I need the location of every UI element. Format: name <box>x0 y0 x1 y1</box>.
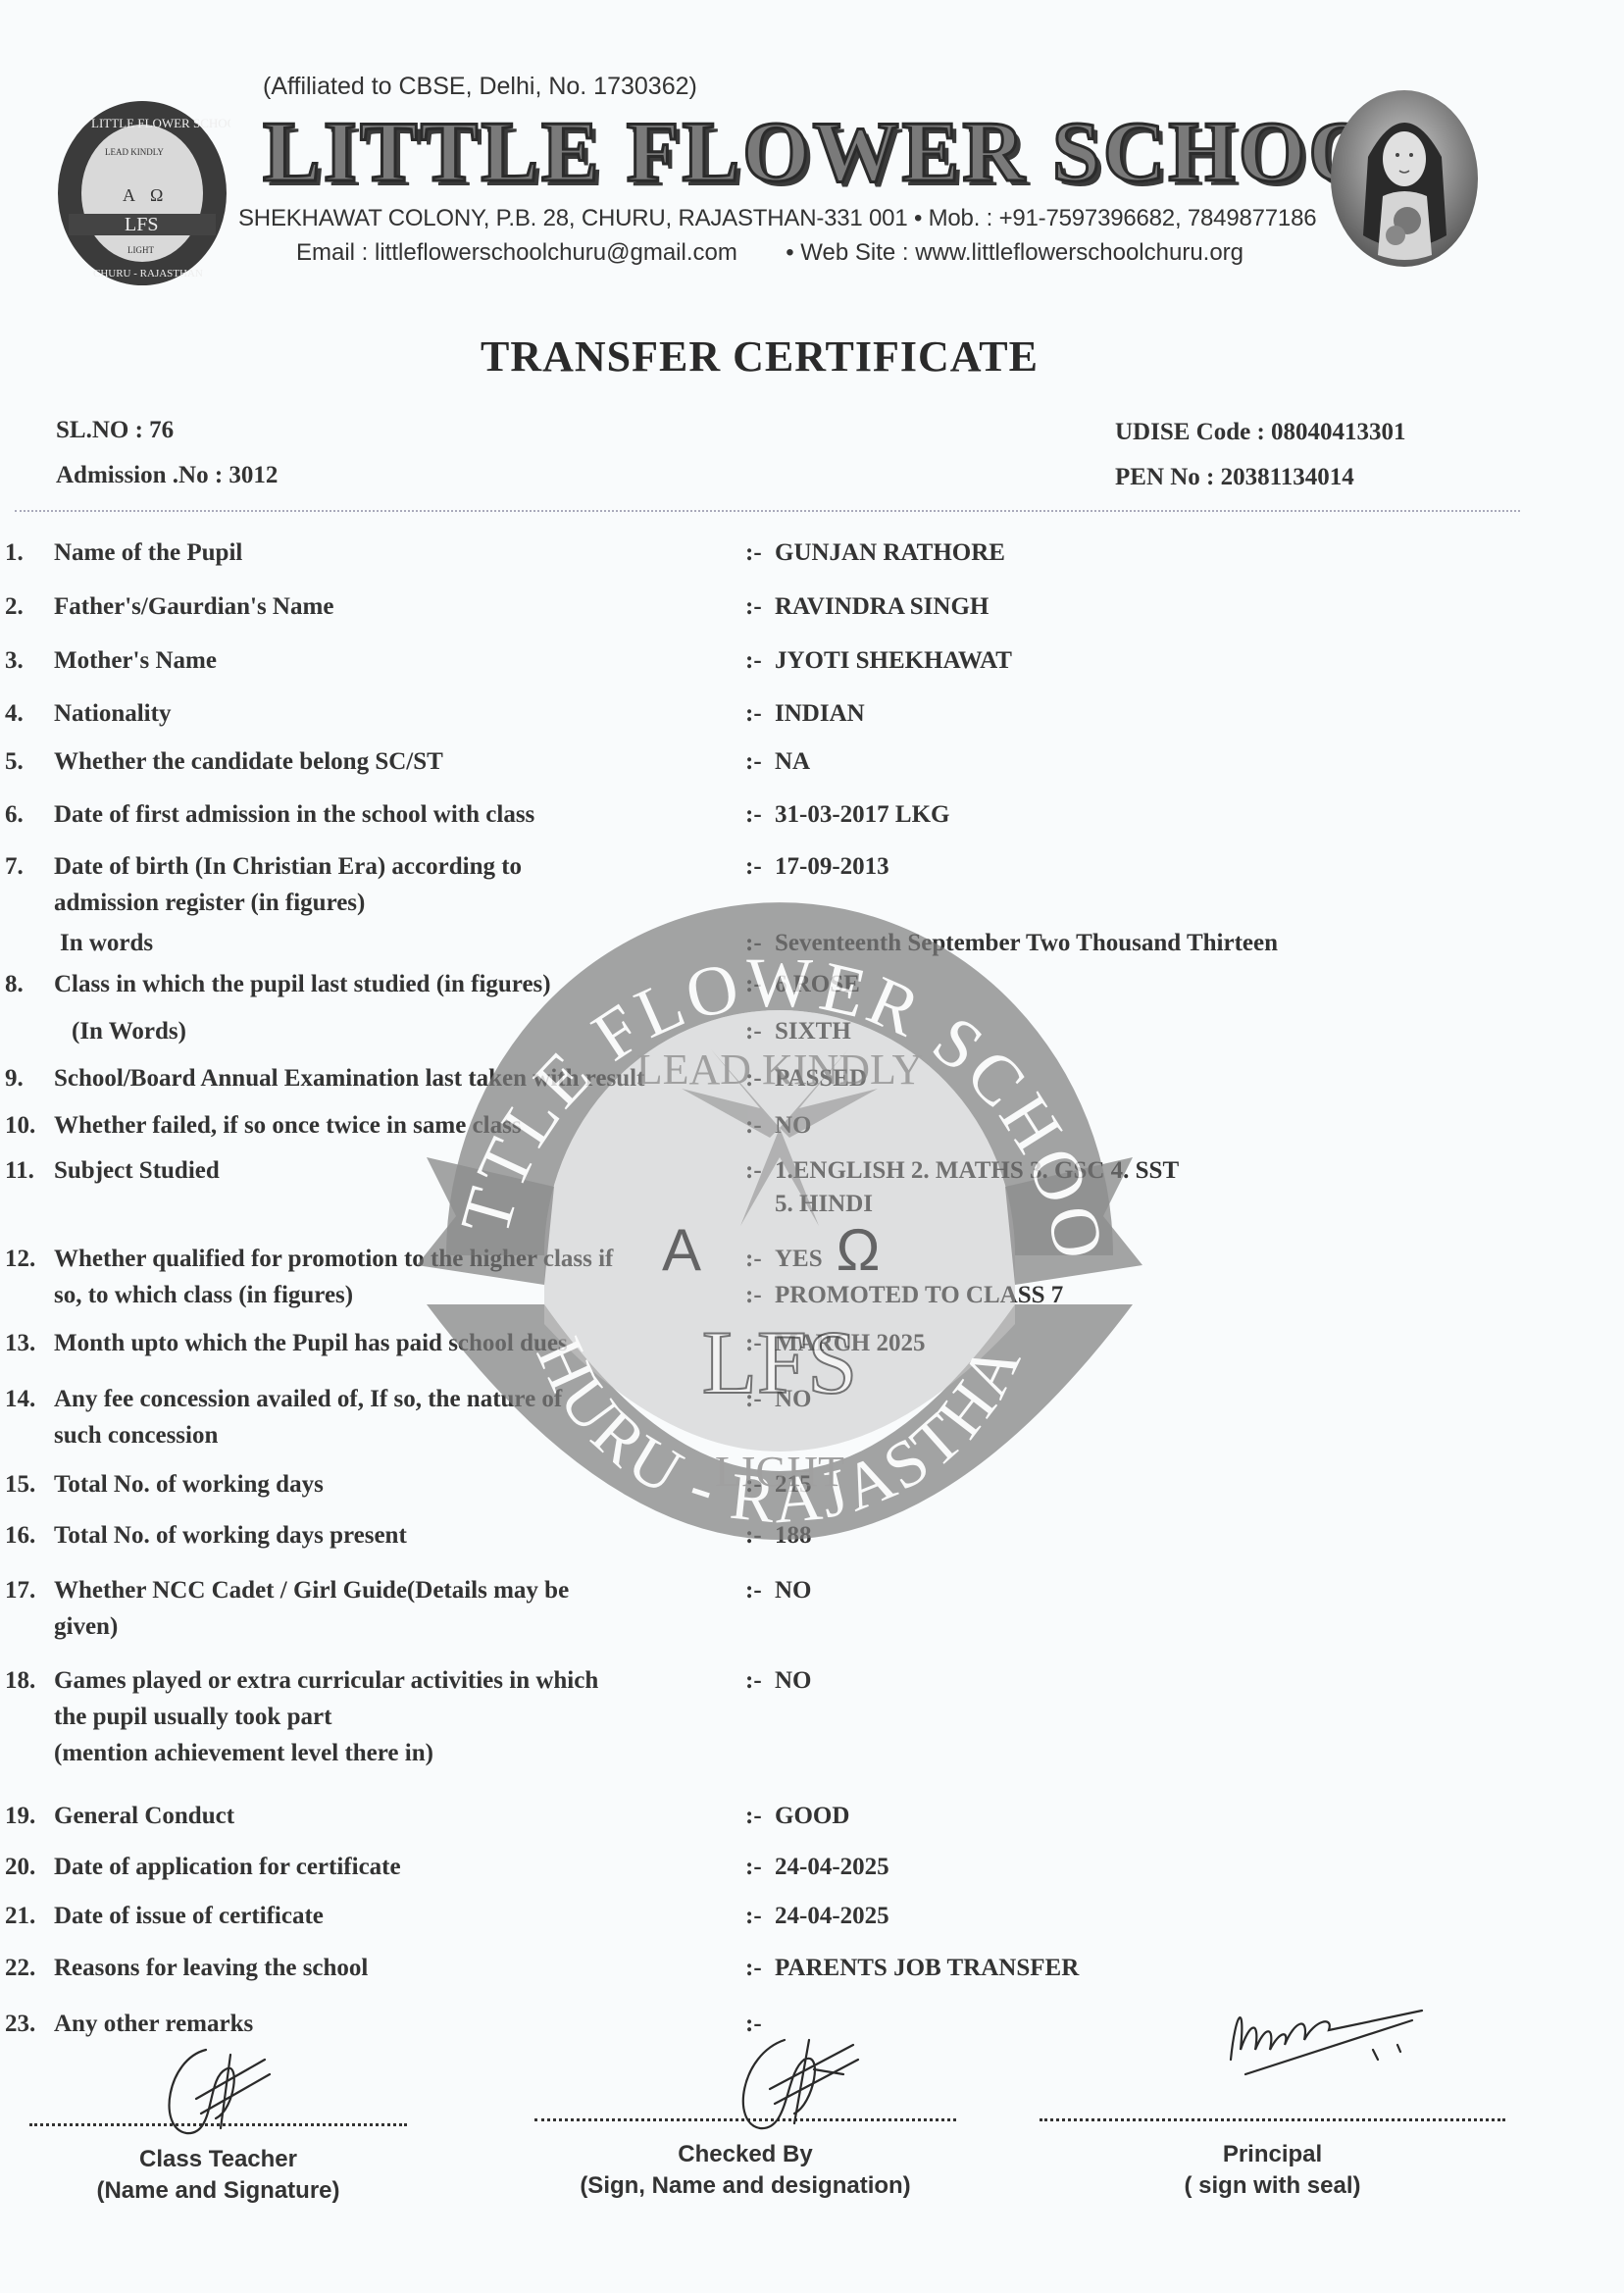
field-separator: :- <box>745 1803 762 1830</box>
field-number: 2. <box>5 593 24 621</box>
field-separator: :- <box>745 1246 762 1273</box>
field-number: 15. <box>5 1471 35 1499</box>
field-number: 7. <box>5 853 24 881</box>
field-label: General Conduct <box>54 1803 234 1830</box>
field-separator: :- <box>745 1577 762 1605</box>
field-label: Date of birth (In Christian Era) accordi… <box>54 853 522 881</box>
field-value: 31-03-2017 LKG <box>775 801 949 829</box>
affiliation-text: (Affiliated to CBSE, Delhi, No. 1730362) <box>263 73 697 101</box>
field-label: Any other remarks <box>54 2011 253 2038</box>
signature-title: Principal <box>1040 2141 1505 2168</box>
field-number: 5. <box>5 748 24 776</box>
svg-text:CHURU - RAJASTHAN: CHURU - RAJASTHAN <box>93 268 203 280</box>
field-separator: :- <box>745 1330 762 1357</box>
field-number: 4. <box>5 700 24 728</box>
field-number: 17. <box>5 1577 35 1605</box>
field-label: Total No. of working days present <box>54 1522 407 1550</box>
field-separator: :- <box>745 1522 762 1550</box>
field-label: (In Words) <box>72 1018 186 1045</box>
field-separator: :- <box>745 1903 762 1930</box>
field-label: Father's/Gaurdian's Name <box>54 593 333 621</box>
field-number: 20. <box>5 1854 35 1881</box>
field-value: 1.ENGLISH 2. MATHS 3. GSC 4. SST <box>775 1157 1179 1185</box>
field-number: 9. <box>5 1065 24 1093</box>
field-separator: :- <box>745 971 762 998</box>
field-label: such concession <box>54 1422 218 1450</box>
field-label: Subject Studied <box>54 1157 220 1185</box>
field-number: 3. <box>5 647 24 675</box>
field-label: Name of the Pupil <box>54 539 242 567</box>
field-label: Reasons for leaving the school <box>54 1955 368 1982</box>
field-separator: :- <box>745 748 762 776</box>
svg-text:LIGHT: LIGHT <box>127 245 154 255</box>
signature-line <box>1040 2118 1505 2121</box>
field-value: 6 ROSE <box>775 971 860 998</box>
field-number: 6. <box>5 801 24 829</box>
field-label: Whether qualified for promotion to the h… <box>54 1246 613 1273</box>
field-number: 10. <box>5 1112 35 1140</box>
field-number: 19. <box>5 1803 35 1830</box>
field-separator: :- <box>745 1471 762 1499</box>
school-address: SHEKHAWAT COLONY, P.B. 28, CHURU, RAJAST… <box>238 205 1316 232</box>
field-number: 12. <box>5 1246 35 1273</box>
field-value: 24-04-2025 <box>775 1854 889 1881</box>
field-value: 17-09-2013 <box>775 853 889 881</box>
field-separator: :- <box>745 1955 762 1982</box>
field-separator: :- <box>745 1157 762 1185</box>
field-number: 11. <box>5 1157 34 1185</box>
signature-subtitle: (Sign, Name and designation) <box>534 2172 956 2200</box>
field-label: Total No. of working days <box>54 1471 324 1499</box>
school-logo: A Ω LFS LEAD KINDLY LIGHT LITTLE FLOWER … <box>54 98 230 289</box>
header-divider <box>15 510 1520 512</box>
field-value: Seventeenth September Two Thousand Thirt… <box>775 930 1278 957</box>
field-label: Date of issue of certificate <box>54 1903 324 1930</box>
field-value: NO <box>775 1112 812 1140</box>
field-label: the pupil usually took part <box>54 1704 331 1731</box>
checked-by-signature <box>716 2030 873 2143</box>
field-label: Class in which the pupil last studied (i… <box>54 971 551 998</box>
school-contact: Email : littleflowerschoolchuru@gmail.co… <box>296 239 1243 267</box>
class-teacher-signature <box>147 2040 284 2143</box>
signature-title: Checked By <box>534 2141 956 2168</box>
field-number: 14. <box>5 1386 35 1413</box>
field-value: GUNJAN RATHORE <box>775 539 1005 567</box>
field-value: RAVINDRA SINGH <box>775 593 989 621</box>
field-label: admission register (in figures) <box>54 890 365 917</box>
field-label: Whether the candidate belong SC/ST <box>54 748 443 776</box>
field-value: NA <box>775 748 810 776</box>
field-number: 16. <box>5 1522 35 1550</box>
field-value: YES <box>775 1246 823 1273</box>
document-title: TRANSFER CERTIFICATE <box>481 331 1039 382</box>
field-value: SIXTH <box>775 1018 851 1045</box>
svg-text:A: A <box>662 1217 701 1283</box>
field-separator: :- <box>745 1018 762 1045</box>
field-label: Whether NCC Cadet / Girl Guide(Details m… <box>54 1577 569 1605</box>
field-value: NO <box>775 1386 812 1413</box>
field-number: 22. <box>5 1955 35 1982</box>
field-label: Date of application for certificate <box>54 1854 401 1881</box>
field-label: given) <box>54 1613 118 1641</box>
field-separator: :- <box>745 1282 762 1309</box>
field-label: In words <box>60 930 153 957</box>
principal-signature <box>1216 1991 1432 2084</box>
field-label: Whether failed, if so once twice in same… <box>54 1112 522 1140</box>
field-separator: :- <box>745 853 762 881</box>
field-number: 13. <box>5 1330 35 1357</box>
field-number: 21. <box>5 1903 35 1930</box>
field-label: Games played or extra curricular activit… <box>54 1667 598 1695</box>
field-label: School/Board Annual Examination last tak… <box>54 1065 644 1093</box>
saint-portrait-image <box>1329 88 1481 270</box>
website-text: • Web Site : www.littleflowerschoolchuru… <box>786 239 1243 266</box>
field-value: 188 <box>775 1522 812 1550</box>
field-separator: :- <box>745 2011 762 2038</box>
field-label: so, to which class (in figures) <box>54 1282 353 1309</box>
field-separator: :- <box>745 593 762 621</box>
svg-text:Ω: Ω <box>837 1217 881 1283</box>
field-value: 24-04-2025 <box>775 1903 889 1930</box>
signature-line <box>534 2118 956 2121</box>
field-value: MARCH 2025 <box>775 1330 925 1357</box>
field-separator: :- <box>745 1667 762 1695</box>
svg-text:Ω: Ω <box>150 185 163 205</box>
field-number: 23. <box>5 2011 35 2038</box>
signature-title: Class Teacher <box>29 2146 407 2173</box>
serial-number: SL.NO : 76 <box>56 417 174 444</box>
field-separator: :- <box>745 1854 762 1881</box>
svg-text:LEAD KINDLY: LEAD KINDLY <box>105 147 164 157</box>
field-separator: :- <box>745 1112 762 1140</box>
svg-text:LFS: LFS <box>125 214 158 235</box>
svg-text:A: A <box>123 185 135 205</box>
field-separator: :- <box>745 539 762 567</box>
field-separator: :- <box>745 1386 762 1413</box>
field-value: 215 <box>775 1471 812 1499</box>
field-label: (mention achievement level there in) <box>54 1740 433 1767</box>
field-value: INDIAN <box>775 700 865 728</box>
field-number: 1. <box>5 539 24 567</box>
field-label: Nationality <box>54 700 171 728</box>
signature-subtitle: (Name and Signature) <box>29 2177 407 2205</box>
field-value: NO <box>775 1667 812 1695</box>
field-separator: :- <box>745 1065 762 1093</box>
field-label: Mother's Name <box>54 647 217 675</box>
field-value: NO <box>775 1577 812 1605</box>
svg-text:LITTLE FLOWER SCHOOL: LITTLE FLOWER SCHOOL <box>387 834 1120 1269</box>
field-value: 5. HINDI <box>775 1191 873 1218</box>
field-number: 18. <box>5 1667 35 1695</box>
field-value: JYOTI SHEKHAWAT <box>775 647 1012 675</box>
field-separator: :- <box>745 700 762 728</box>
field-separator: :- <box>745 930 762 957</box>
field-separator: :- <box>745 647 762 675</box>
admission-number: Admission .No : 3012 <box>56 462 278 489</box>
signature-line <box>29 2123 407 2126</box>
field-separator: :- <box>745 801 762 829</box>
signature-subtitle: ( sign with seal) <box>1040 2172 1505 2200</box>
email-text: Email : littleflowerschoolchuru@gmail.co… <box>296 239 737 266</box>
field-label: Any fee concession availed of, If so, th… <box>54 1386 562 1413</box>
field-value: GOOD <box>775 1803 849 1830</box>
field-number: 8. <box>5 971 24 998</box>
field-label: Month upto which the Pupil has paid scho… <box>54 1330 568 1357</box>
field-value: PARENTS JOB TRANSFER <box>775 1955 1079 1982</box>
pen-number: PEN No : 20381134014 <box>1115 464 1354 491</box>
field-label: Date of first admission in the school wi… <box>54 801 534 829</box>
field-value: PASSED <box>775 1065 867 1093</box>
school-name: LITTLE FLOWER SCHOOL <box>263 110 1439 196</box>
svg-text:LITTLE FLOWER SCHOOL: LITTLE FLOWER SCHOOL <box>91 116 230 130</box>
field-value: PROMOTED TO CLASS 7 <box>775 1282 1063 1309</box>
udise-code: UDISE Code : 08040413301 <box>1115 419 1406 446</box>
